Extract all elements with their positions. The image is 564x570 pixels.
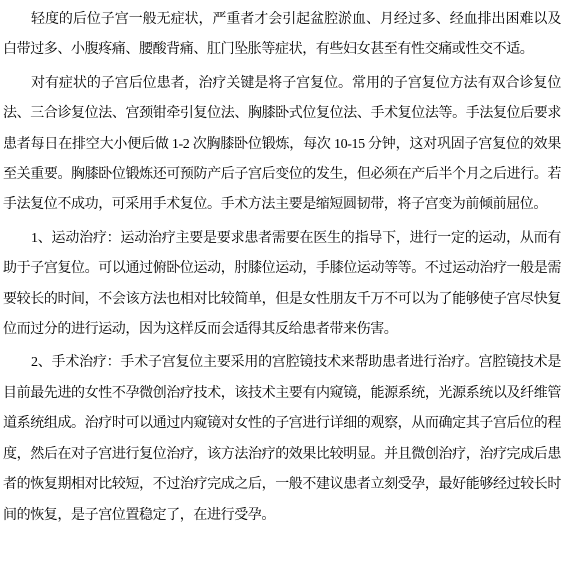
paragraph-exercise-therapy: 1、运动治疗：运动治疗主要是要求患者需要在医生的指导下，进行一定的运动，从而有助… [3, 224, 561, 346]
article-page: 轻度的后位子宫一般无症状，严重者才会引起盆腔淤血、月经过多、经血排出困难以及白带… [0, 0, 564, 570]
paragraph-symptoms: 轻度的后位子宫一般无症状，严重者才会引起盆腔淤血、月经过多、经血排出困难以及白带… [3, 5, 561, 66]
paragraph-surgical-therapy: 2、手术治疗：手术子宫复位主要采用的宫腔镜技术来帮助患者进行治疗。宫腔镜技术是目… [3, 348, 561, 530]
paragraph-repositioning-methods: 对有症状的子宫后位患者，治疗关键是将子宫复位。常用的子宫复位方法有双合诊复位法、… [3, 69, 561, 221]
